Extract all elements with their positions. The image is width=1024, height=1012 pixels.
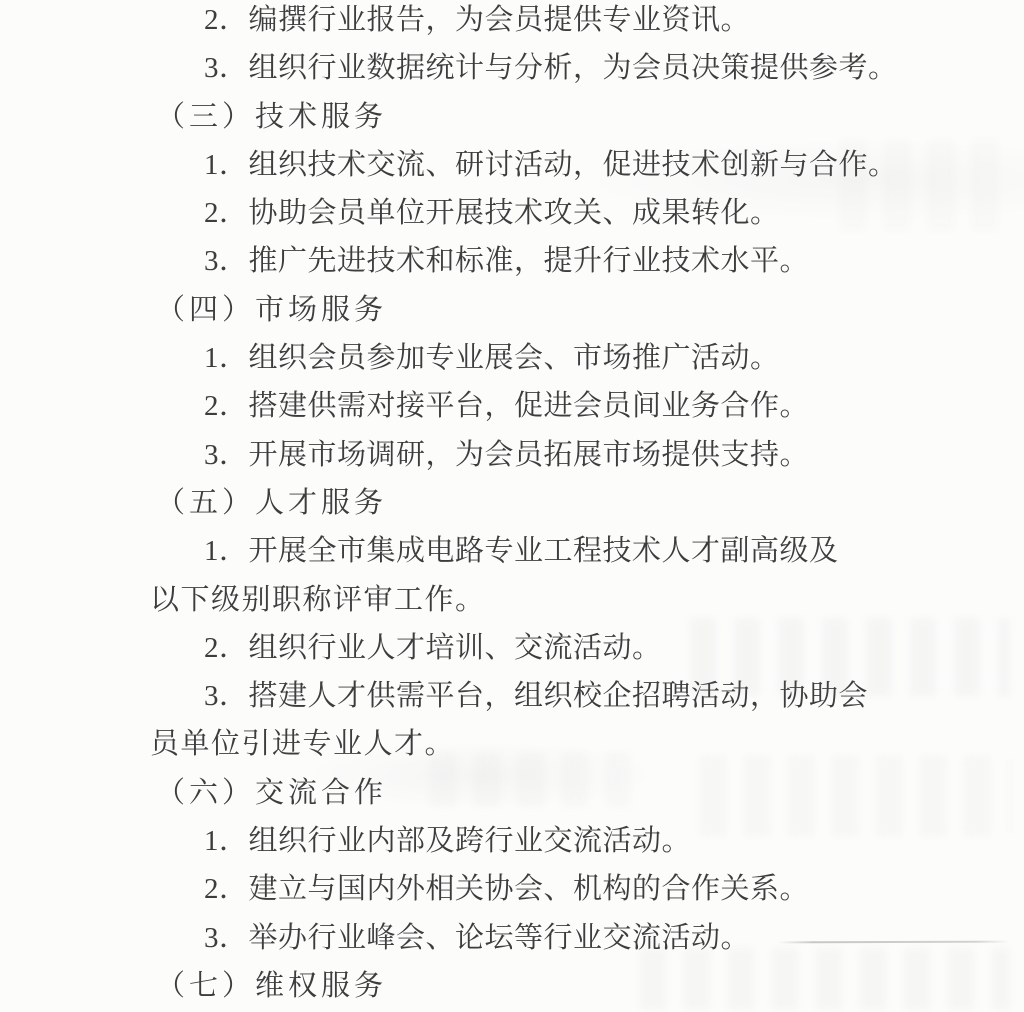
document-line: 1．组织会员参加专业展会、市场推广活动。 <box>0 334 1024 382</box>
document-line: 2．建立与国内外相关协会、机构的合作关系。 <box>0 865 1024 913</box>
document-line: 3．组织行业数据统计与分析，为会员决策提供参考。 <box>0 44 1024 92</box>
section-heading: （六）交流合作 <box>0 769 1024 817</box>
document-line: 3．推广先进技术和标准，提升行业技术水平。 <box>0 237 1024 285</box>
document-line: 3．举办行业峰会、论坛等行业交流活动。 <box>0 914 1024 962</box>
document-line: 3．搭建人才供需平台，组织校企招聘活动，协助会 <box>0 672 1024 720</box>
section-heading: （五）人才服务 <box>0 479 1024 527</box>
document-line: 员单位引进专业人才。 <box>0 720 1024 768</box>
document-line: 1．开展全市集成电路专业工程技术人才副高级及 <box>0 527 1024 575</box>
section-heading: （四）市场服务 <box>0 286 1024 334</box>
document-line: 2．协助会员单位开展技术攻关、成果转化。 <box>0 189 1024 237</box>
document-page: 2．编撰行业报告，为会员提供专业资讯。 3．组织行业数据统计与分析，为会员决策提… <box>0 0 1024 1012</box>
document-line: 3．开展市场调研，为会员拓展市场提供支持。 <box>0 431 1024 479</box>
document-line: 2．组织行业人才培训、交流活动。 <box>0 624 1024 672</box>
document-line: 以下级别职称评审工作。 <box>0 576 1024 624</box>
document-line: 2．搭建供需对接平台，促进会员间业务合作。 <box>0 382 1024 430</box>
section-heading: （七）维权服务 <box>0 962 1024 1010</box>
document-line: 1．组织行业内部及跨行业交流活动。 <box>0 817 1024 865</box>
section-heading: （三）技术服务 <box>0 93 1024 141</box>
document-line: 2．编撰行业报告，为会员提供专业资讯。 <box>0 0 1024 44</box>
document-line: 1．组织技术交流、研讨活动，促进技术创新与合作。 <box>0 141 1024 189</box>
document-body: 2．编撰行业报告，为会员提供专业资讯。 3．组织行业数据统计与分析，为会员决策提… <box>0 0 1024 1010</box>
